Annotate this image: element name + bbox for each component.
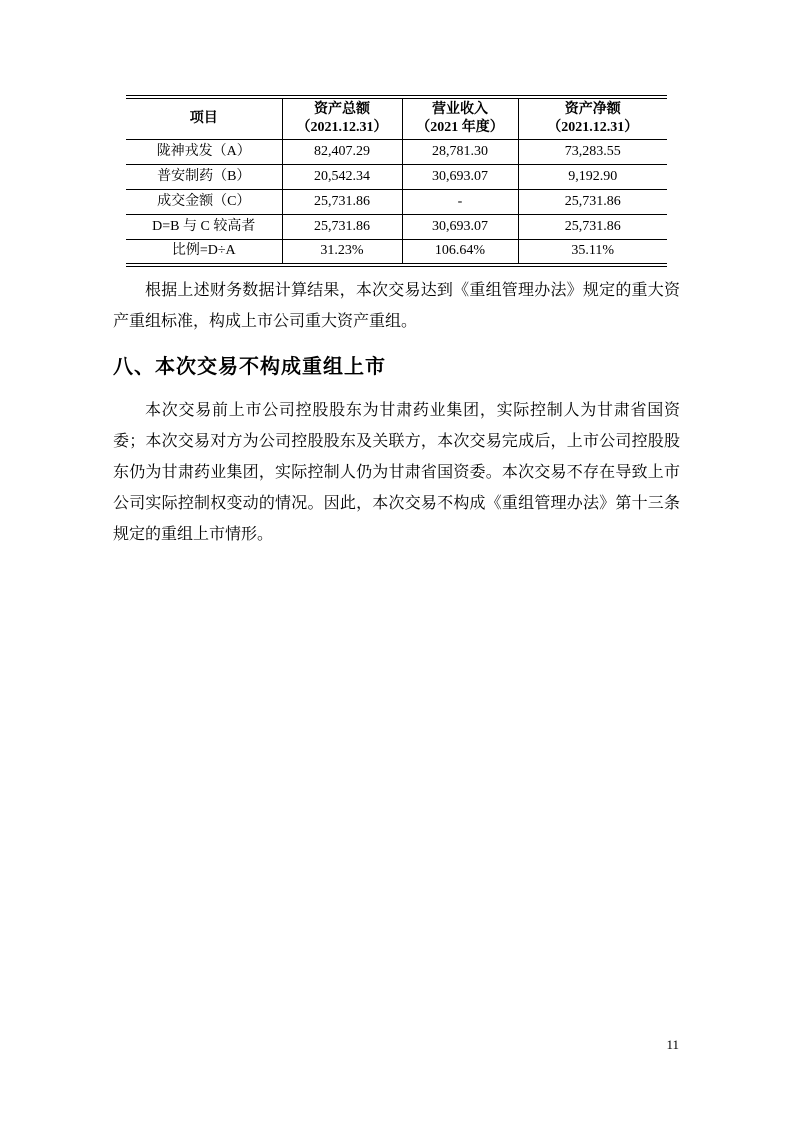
row-label: 比例=D÷A — [126, 240, 282, 265]
cell-value: 25,731.86 — [518, 215, 667, 240]
cell-value: 25,731.86 — [282, 215, 402, 240]
header-cell-net-assets: 资产净额 （2021.12.31） — [518, 97, 667, 140]
header-cell-item: 项目 — [126, 97, 282, 140]
cell-value: 9,192.90 — [518, 165, 667, 190]
header-subline: （2021 年度） — [405, 119, 516, 137]
row-label: D=B 与 C 较高者 — [126, 215, 282, 240]
document-page: 项目 资产总额 （2021.12.31） 营业收入 （2021 年度） 资产净额… — [0, 0, 793, 1122]
page-content: 项目 资产总额 （2021.12.31） 营业收入 （2021 年度） 资产净额… — [113, 95, 680, 550]
cell-value: 73,283.55 — [518, 140, 667, 165]
table-row: D=B 与 C 较高者 25,731.86 30,693.07 25,731.8… — [126, 215, 667, 240]
cell-value: 25,731.86 — [282, 190, 402, 215]
cell-value: 28,781.30 — [402, 140, 518, 165]
cell-value: 30,693.07 — [402, 165, 518, 190]
row-label: 普安制药（B） — [126, 165, 282, 190]
paragraph-section8-body: 本次交易前上市公司控股股东为甘肃药业集团，实际控制人为甘肃省国资委；本次交易对方… — [113, 395, 680, 550]
table-row: 比例=D÷A 31.23% 106.64% 35.11% — [126, 240, 667, 265]
header-line: 项目 — [128, 110, 280, 128]
cell-value: 31.23% — [282, 240, 402, 265]
header-line: 资产总额 — [285, 101, 400, 119]
table-row: 普安制药（B） 20,542.34 30,693.07 9,192.90 — [126, 165, 667, 190]
table-header-row: 项目 资产总额 （2021.12.31） 营业收入 （2021 年度） 资产净额… — [126, 97, 667, 140]
header-cell-revenue: 营业收入 （2021 年度） — [402, 97, 518, 140]
header-line: 资产净额 — [521, 101, 666, 119]
table-row: 陇神戎发（A） 82,407.29 28,781.30 73,283.55 — [126, 140, 667, 165]
cell-value: 82,407.29 — [282, 140, 402, 165]
header-subline: （2021.12.31） — [521, 119, 666, 137]
row-label: 成交金额（C） — [126, 190, 282, 215]
cell-value: - — [402, 190, 518, 215]
row-label: 陇神戎发（A） — [126, 140, 282, 165]
cell-value: 25,731.86 — [518, 190, 667, 215]
table-row: 成交金额（C） 25,731.86 - 25,731.86 — [126, 190, 667, 215]
cell-value: 30,693.07 — [402, 215, 518, 240]
paragraph-conclusion: 根据上述财务数据计算结果，本次交易达到《重组管理办法》规定的重大资产重组标准，构… — [113, 275, 680, 337]
header-subline: （2021.12.31） — [285, 119, 400, 137]
cell-value: 106.64% — [402, 240, 518, 265]
header-cell-total-assets: 资产总额 （2021.12.31） — [282, 97, 402, 140]
cell-value: 20,542.34 — [282, 165, 402, 190]
section-heading-8: 八、本次交易不构成重组上市 — [113, 354, 680, 381]
page-number: 11 — [666, 1037, 679, 1053]
cell-value: 35.11% — [518, 240, 667, 265]
financial-comparison-table: 项目 资产总额 （2021.12.31） 营业收入 （2021 年度） 资产净额… — [126, 95, 667, 267]
header-line: 营业收入 — [405, 101, 516, 119]
